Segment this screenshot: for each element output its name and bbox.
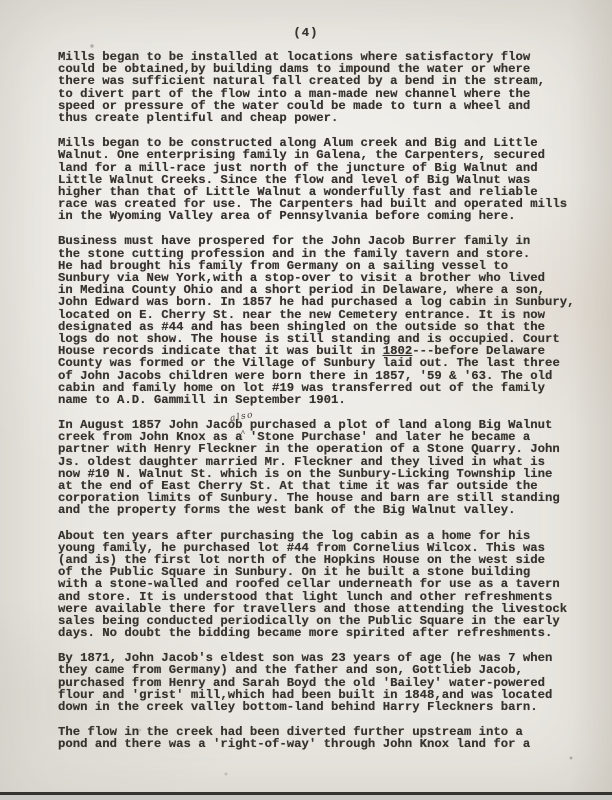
text-line: County was formed or the Village of Sunb… — [58, 357, 606, 369]
text-line: the stone cutting profession and in the … — [58, 248, 606, 260]
document-body: Mills began to be installed at locations… — [0, 39, 612, 751]
paragraph: In August 1857 John Jacobalso^ purchased… — [58, 419, 606, 517]
scanned-document-page: (4) Mills began to be installed at locat… — [0, 0, 612, 800]
text-line: thus create plentiful and cheap power. — [58, 112, 606, 124]
text-line: of John Jacobs children were born there … — [58, 370, 606, 382]
paragraph: The flow in the creek had been diverted … — [58, 726, 606, 750]
caret-mark: ^ — [240, 431, 245, 439]
paragraph: Mills began to be installed at locations… — [58, 51, 606, 124]
text-line: Js. oldest daughter married Mr. Fleckner… — [58, 456, 606, 468]
text-line: there was sufficient natural fall create… — [58, 75, 606, 87]
text-line: Business must have prospered for the Joh… — [58, 235, 606, 247]
text-line: down in the creek valley bottom-land beh… — [58, 701, 606, 713]
text-line: purchased from Henry and Sarah Boyd the … — [58, 677, 606, 689]
text-line: About ten years after purchasing the log… — [58, 530, 606, 542]
text-line: days. No doubt the bidding became more s… — [58, 627, 606, 639]
text-line: and the property forms the west bank of … — [58, 504, 606, 516]
page-number: (4) — [0, 0, 612, 39]
text-line: in the Wyoming Valley area of Pennsylvan… — [58, 210, 606, 222]
handwritten-word: also — [230, 411, 255, 424]
text-line: located on E. Cherry St. near the new Ce… — [58, 309, 606, 321]
text-line: Walnut. One enterprising family in Galen… — [58, 149, 606, 161]
paragraph: About ten years after purchasing the log… — [58, 530, 606, 640]
text-line: they came from Germany) and the father a… — [58, 664, 606, 676]
text-line: John Edward was born. In 1857 he had pur… — [58, 296, 606, 308]
text-line: and store. It is understood that light l… — [58, 591, 606, 603]
text-line: with a stone-walled and roofed cellar un… — [58, 578, 606, 590]
text-line: to divert part of the flow into a man-ma… — [58, 88, 606, 100]
text-line: pond and there was a 'right-of-way' thro… — [58, 738, 606, 750]
paragraph: Business must have prospered for the Joh… — [58, 235, 606, 406]
text-line: land for a mill-race just north of the j… — [58, 162, 606, 174]
text-line: partner with Henry Fleckner in the opera… — [58, 443, 606, 455]
paragraph: Mills began to be constructed along Alum… — [58, 137, 606, 222]
paragraph: By 1871, John Jacob's eldest son was 23 … — [58, 652, 606, 713]
text-line: name to A.D. Gammill in September 1901. — [58, 394, 606, 406]
scan-edge-strip — [0, 795, 612, 800]
